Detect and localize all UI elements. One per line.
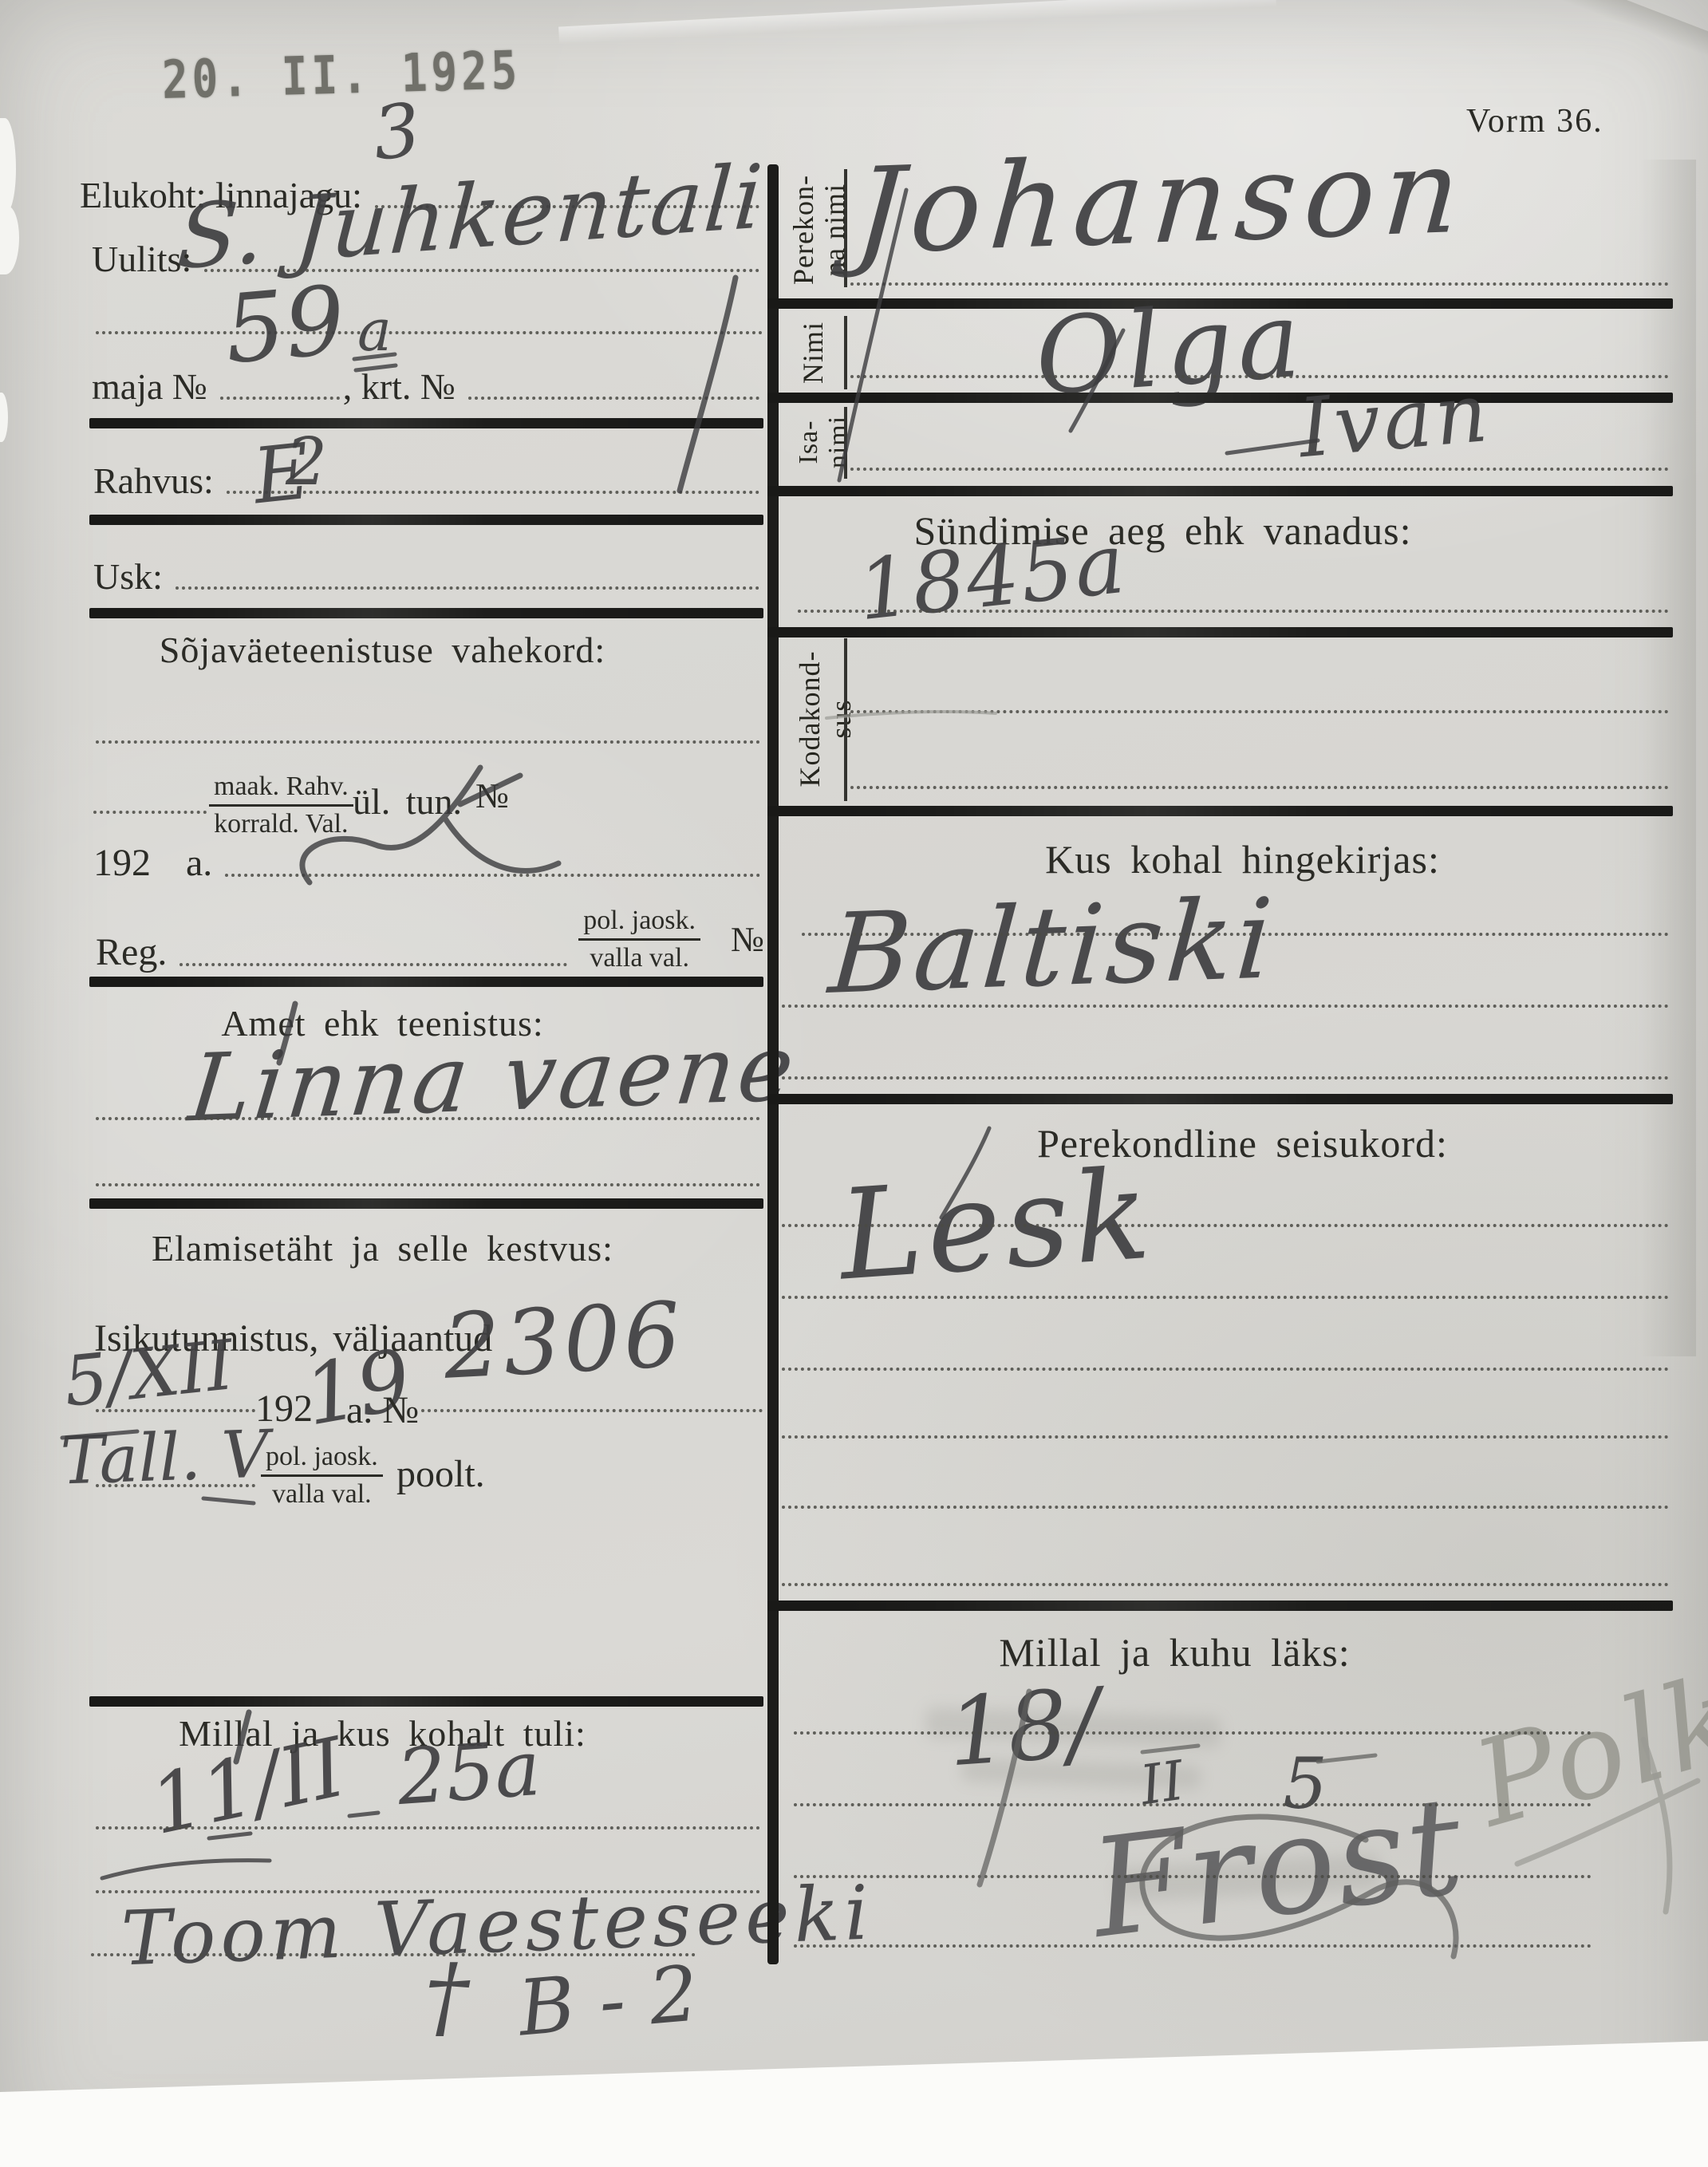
- arrived-dotted-line-1: [96, 1826, 760, 1830]
- column-divider: [767, 164, 779, 1964]
- krt-dotted-line: [468, 397, 759, 400]
- name-label: Nimi: [797, 322, 829, 384]
- pol-frac-top: pol. jaosk.: [578, 905, 700, 941]
- family-dotted-line-5: [782, 1506, 1669, 1509]
- surname-inner-rule: [844, 169, 847, 287]
- arrived-note-value: B - 2: [515, 1948, 702, 2053]
- pen-stroke-toom-lead: [102, 1861, 270, 1878]
- usk-label: Usk:: [93, 555, 163, 598]
- arrived-year-value: 25a: [394, 1723, 543, 1822]
- handwritten-corner-note: 3: [369, 87, 424, 177]
- year-dotted-line: [225, 874, 760, 877]
- scanner-background: [0, 2017, 1708, 2167]
- maak-fraction-label: maak. Rahv. korrald. Val.: [209, 771, 353, 840]
- citizenship-dotted-line-2: [850, 786, 1669, 789]
- register-value: Baltiski: [826, 874, 1280, 1019]
- reg-no-sign: №: [731, 919, 764, 960]
- family-dotted-line-1: [782, 1224, 1669, 1227]
- form-number: Vorm 36.: [1466, 102, 1603, 140]
- crease-right: [1640, 160, 1696, 1356]
- field-uulits: Uulits:: [92, 238, 763, 280]
- pol-frac-bottom: valla val.: [578, 941, 700, 974]
- birth-dotted-line: [798, 610, 1669, 613]
- father-inner-rule: [844, 407, 847, 479]
- maja-dotted-line: [220, 397, 340, 400]
- name-inner-rule: [844, 316, 847, 389]
- maak-dotted-line: [93, 811, 207, 814]
- maja-label: maja №: [92, 365, 207, 408]
- military-dotted-line: [96, 740, 760, 744]
- surname-vertical-label: Perekon- na nimi: [788, 169, 852, 290]
- id-dotted-line-3: [96, 1484, 255, 1487]
- departed-dotted-line-3: [794, 1875, 1592, 1878]
- uulits-label: Uulits:: [92, 238, 191, 280]
- field-rahvus: Rahvus:: [93, 460, 763, 502]
- citizenship-dotted-line-1: [850, 710, 1669, 713]
- id-no-value: 2306: [441, 1283, 686, 1399]
- name-dotted-line: [850, 375, 1669, 378]
- house-letter-value: a: [357, 297, 392, 364]
- departed-date-value: 18/: [944, 1668, 1103, 1788]
- military-heading: Sõjaväeteenistuse vahekord:: [45, 629, 720, 671]
- rule-thick: [89, 1696, 763, 1707]
- pol-frac-bottom: valla val.: [261, 1477, 383, 1510]
- date-stamp: 20. II. 1925: [161, 39, 522, 111]
- pol-fraction-label: pol. jaosk. valla val.: [578, 905, 700, 974]
- rule-thick: [767, 393, 1673, 403]
- departed-pencil-note: Polk: [1461, 1648, 1708, 1853]
- amet-value: Linna vaene: [184, 1013, 802, 1143]
- id-dotted-line-1: [96, 1409, 255, 1412]
- field-reg: Reg. pol. jaosk. valla val. №: [96, 905, 764, 974]
- departed-dotted-line-2: [794, 1803, 1592, 1806]
- rule-thick: [767, 806, 1673, 816]
- torn-edge-low: [0, 393, 8, 442]
- arrived-cross-value: †: [424, 1945, 469, 2049]
- official-signature: Frost: [1083, 1766, 1473, 1968]
- arrived-heading: Millal ja kus kohalt tuli:: [45, 1712, 720, 1755]
- scanned-form-vorm-36: 20. II. 1925 3 Vorm 36. Elukoht: linnaja…: [0, 0, 1708, 2167]
- citizenship-label-line1: Kodakond-: [794, 651, 826, 787]
- father-dotted-line: [850, 468, 1669, 471]
- usk-dotted-line: [176, 586, 759, 590]
- house-dotted-line: [96, 331, 763, 334]
- rule-thick: [767, 1601, 1673, 1611]
- family-dotted-line-4: [782, 1435, 1669, 1439]
- amet-dotted-line-1: [96, 1117, 760, 1120]
- maak-frac-bottom: korrald. Val.: [209, 807, 353, 840]
- register-dotted-line-3: [782, 1076, 1669, 1080]
- ul-tun-label: ül. tun.: [353, 780, 462, 823]
- residence-heading: Elamisetäht ja selle kestvus:: [45, 1227, 720, 1269]
- surname-value: Johanson: [850, 121, 1472, 280]
- arrived-from-value: Toom Vaesteseeki: [120, 1870, 874, 1983]
- citizenship-inner-rule: [844, 638, 847, 801]
- rahvus-label: Rahvus:: [93, 460, 214, 502]
- family-dotted-line-3: [782, 1368, 1669, 1371]
- field-year-192: 192 a.: [93, 841, 763, 885]
- poolt-label: poolt.: [396, 1452, 485, 1496]
- amet-dotted-line-2: [96, 1183, 760, 1186]
- rahvus-value: E: [249, 427, 314, 522]
- krt-label: , krt. №: [343, 365, 456, 408]
- crease-top: [558, 0, 1276, 45]
- torn-edge-mid: [0, 206, 19, 274]
- a-suffix-label: a.: [186, 841, 212, 885]
- father-label-line2: nimi: [823, 416, 853, 468]
- family-dotted-line-2: [782, 1296, 1669, 1299]
- father-label-line1: Isa-: [794, 420, 823, 464]
- rule-thick: [767, 486, 1673, 496]
- crease-top-right: [1242, 0, 1708, 73]
- ul-tun-no-sign: №: [475, 776, 509, 816]
- rule-thick: [89, 1198, 763, 1209]
- register-dotted-line-1: [802, 933, 1669, 936]
- citizenship-label-line2: sus: [825, 699, 857, 738]
- rule-thick: [89, 608, 763, 618]
- name-vertical-label: Nimi: [798, 318, 836, 388]
- field-usk: Usk:: [93, 555, 763, 598]
- pol-fraction-label-2: pol. jaosk. valla val.: [261, 1441, 383, 1510]
- id-dotted-line-2: [421, 1409, 763, 1412]
- surname-label-line1: Perekon-: [787, 175, 819, 285]
- id-a-no-label: a. №: [346, 1388, 419, 1432]
- reg-label: Reg.: [96, 930, 167, 974]
- rule-thick: [89, 515, 763, 525]
- rule-thick: [89, 418, 763, 428]
- rule-thick: [767, 1094, 1673, 1104]
- maak-frac-top: maak. Rahv.: [209, 771, 353, 807]
- field-maja-krt: maja № , krt. №: [92, 365, 763, 408]
- torn-edge-top: [0, 118, 16, 212]
- reg-dotted-line: [179, 963, 567, 966]
- rule-thick: [89, 977, 763, 987]
- departed-dotted-line-1: [794, 1731, 1592, 1735]
- departed-dotted-line-4: [794, 1944, 1592, 1948]
- family-dotted-line-6: [782, 1583, 1669, 1586]
- father-value: Ivan: [1295, 365, 1494, 477]
- id-date-value: 5/XII: [60, 1325, 237, 1423]
- citizenship-vertical-label: Kodakond- sus: [795, 638, 858, 799]
- departed-heading: Millal ja kuhu läks:: [814, 1629, 1536, 1676]
- pol-frac-top: pol. jaosk.: [261, 1441, 383, 1477]
- register-dotted-line-2: [782, 1005, 1669, 1008]
- year-prefix-label: 192: [93, 841, 151, 885]
- rule-thick: [767, 627, 1673, 637]
